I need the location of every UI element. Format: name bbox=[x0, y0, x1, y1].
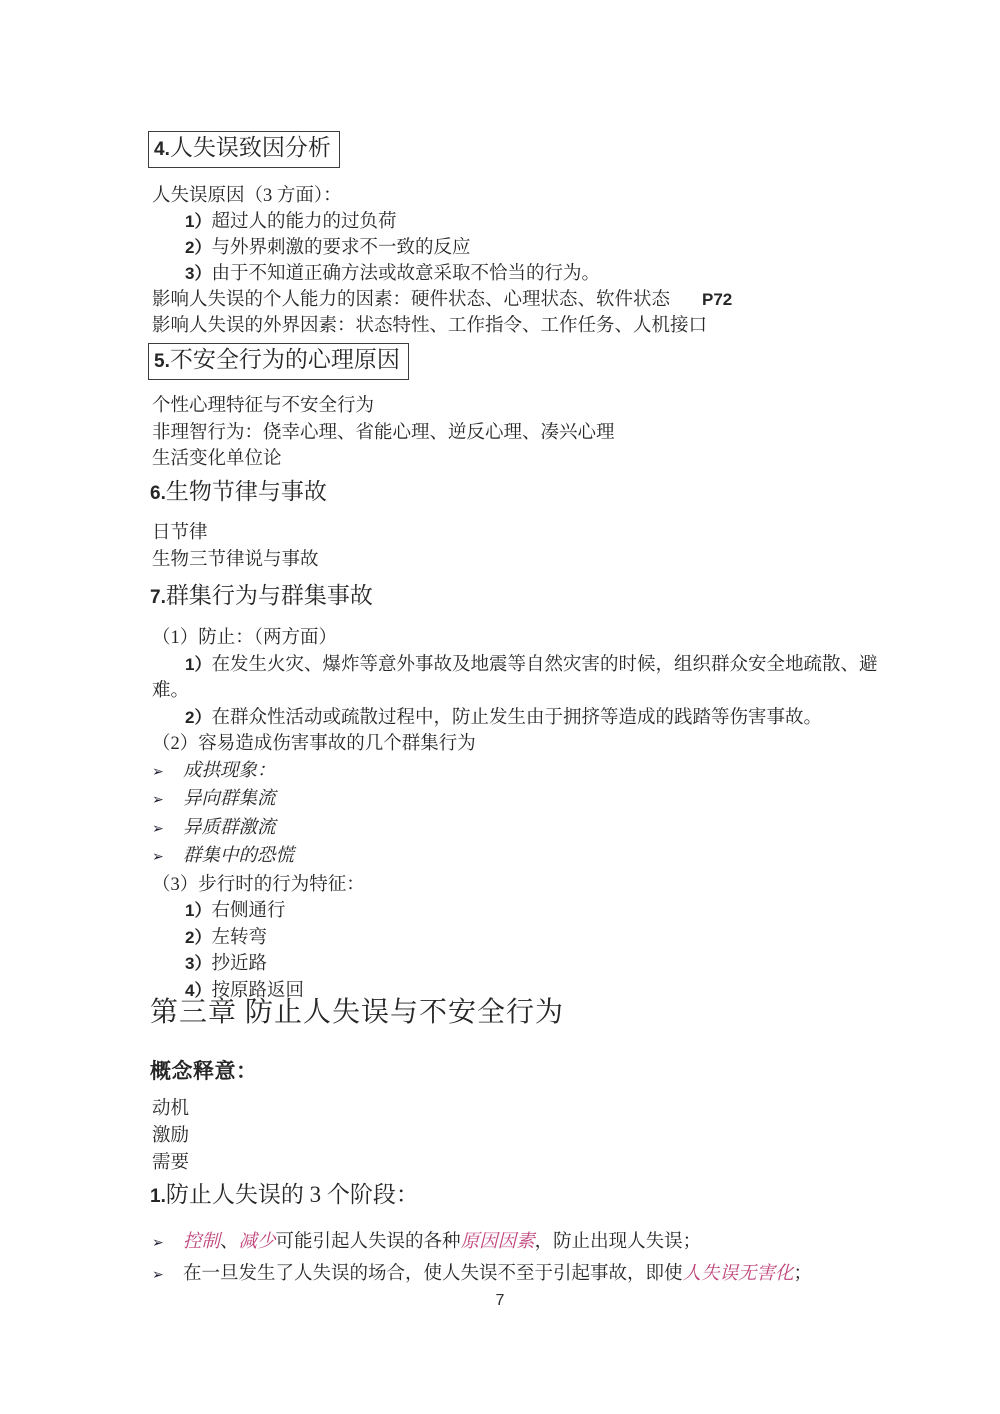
section-6-title: 生物节律与事故 bbox=[166, 479, 327, 504]
stage-title: 防止人失误的 3 个阶段： bbox=[166, 1182, 419, 1207]
term: 动机 bbox=[152, 1096, 942, 1123]
arrow-bullet-icon: ➢ bbox=[152, 788, 183, 815]
paragraph: 生物三节律说与事故 bbox=[152, 547, 942, 574]
section-6-heading: 6.生物节律与事故 bbox=[150, 478, 327, 508]
section-7-number: 7. bbox=[150, 587, 166, 608]
list-item: 1）右侧通行 bbox=[152, 898, 942, 925]
bullet-item: ➢异质群激流 bbox=[152, 815, 942, 844]
page-number: 7 bbox=[0, 1292, 1000, 1310]
bullet-item: ➢群集中的恐慌 bbox=[152, 843, 942, 872]
bullet-item: ➢ 在一旦发生了人失误的场合，使人失误不至于引起事故，即使人失误无害化； bbox=[152, 1259, 942, 1291]
document-page: 4.人失误致因分析 人失误原因（3 方面）： 1）超过人的能力的过负荷 2）与外… bbox=[0, 0, 1000, 1414]
arrow-bullet-icon: ➢ bbox=[152, 1261, 183, 1291]
paragraph-factors-external: 影响人失误的外界因素：状态特性、工作指令、工作任务、人机接口 bbox=[152, 313, 942, 339]
section-5-number: 5. bbox=[154, 351, 170, 372]
stage-heading: 1.防止人失误的 3 个阶段： bbox=[150, 1181, 419, 1211]
paragraph: 生活变化单位论 bbox=[152, 446, 942, 473]
section-4-title: 人失误致因分析 bbox=[170, 135, 331, 160]
paragraph-intro: 人失误原因（3 方面）： bbox=[152, 183, 942, 209]
bullet-text: 在一旦发生了人失误的场合，使人失误不至于引起事故，即使人失误无害化； bbox=[183, 1259, 812, 1289]
part-3-label: （3）步行时的行为特征： bbox=[152, 872, 942, 899]
part-2-label: （2）容易造成伤害事故的几个群集行为 bbox=[152, 731, 942, 758]
section-5-body: 个性心理特征与不安全行为 非理智行为：侥幸心理、省能心理、逆反心理、凑兴心理 生… bbox=[152, 393, 942, 473]
paragraph: 个性心理特征与不安全行为 bbox=[152, 393, 942, 420]
list-item: 1）在发生火灾、爆炸等意外事故及地震等自然灾害的时候，组织群众安全地疏散、避 bbox=[152, 652, 942, 679]
arrow-bullet-icon: ➢ bbox=[152, 817, 183, 844]
section-4-body: 人失误原因（3 方面）： 1）超过人的能力的过负荷 2）与外界刺激的要求不一致的… bbox=[152, 183, 942, 339]
paragraph: 非理智行为：侥幸心理、省能心理、逆反心理、凑兴心理 bbox=[152, 420, 942, 447]
bullet-text: 控制、减少可能引起人失误的各种原因因素，防止出现人失误； bbox=[183, 1227, 701, 1257]
list-item: 2）与外界刺激的要求不一致的反应 bbox=[152, 235, 942, 261]
term: 激励 bbox=[152, 1123, 942, 1150]
list-item: 2）左转弯 bbox=[152, 925, 942, 952]
section-7-heading: 7.群集行为与群集事故 bbox=[150, 582, 373, 612]
list-item-continuation: 难。 bbox=[152, 678, 942, 705]
concepts-heading: 概念释意： bbox=[150, 1058, 258, 1084]
section-7-title: 群集行为与群集事故 bbox=[166, 583, 373, 608]
bullet-item: ➢异向群集流 bbox=[152, 786, 942, 815]
list-item: 3）由于不知道正确方法或故意采取不恰当的行为。 bbox=[152, 261, 942, 287]
list-item: 2）在群众性活动或疏散过程中，防止发生由于拥挤等造成的践踏等伤害事故。 bbox=[152, 705, 942, 732]
arrow-bullet-icon: ➢ bbox=[152, 1229, 183, 1259]
section-6-number: 6. bbox=[150, 483, 166, 504]
section-4-number: 4. bbox=[154, 139, 170, 160]
bullet-item: ➢ 控制、减少可能引起人失误的各种原因因素，防止出现人失误； bbox=[152, 1227, 942, 1259]
section-7-body: （1）防止：（两方面） 1）在发生火灾、爆炸等意外事故及地震等自然灾害的时候，组… bbox=[152, 625, 942, 1004]
concept-terms: 动机 激励 需要 bbox=[152, 1096, 942, 1177]
list-item: 1）超过人的能力的过负荷 bbox=[152, 209, 942, 235]
term: 需要 bbox=[152, 1150, 942, 1177]
list-item: 3）抄近路 bbox=[152, 951, 942, 978]
part-1-label: （1）防止：（两方面） bbox=[152, 625, 942, 652]
page-reference: P72 bbox=[702, 290, 732, 309]
section-5-heading: 5.不安全行为的心理原因 bbox=[148, 343, 409, 380]
paragraph: 日节律 bbox=[152, 520, 942, 547]
stage-bullets: ➢ 控制、减少可能引起人失误的各种原因因素，防止出现人失误； ➢ 在一旦发生了人… bbox=[152, 1227, 942, 1291]
stage-number: 1. bbox=[150, 1186, 166, 1207]
section-4-heading: 4.人失误致因分析 bbox=[148, 131, 340, 168]
paragraph-factors-personal: 影响人失误的个人能力的因素：硬件状态、心理状态、软件状态P72 bbox=[152, 287, 942, 313]
section-6-body: 日节律 生物三节律说与事故 bbox=[152, 520, 942, 574]
arrow-bullet-icon: ➢ bbox=[152, 760, 183, 787]
bullet-item: ➢成拱现象： bbox=[152, 758, 942, 787]
section-5-title: 不安全行为的心理原因 bbox=[170, 347, 400, 372]
arrow-bullet-icon: ➢ bbox=[152, 845, 183, 872]
chapter-3-heading: 第三章 防止人失误与不安全行为 bbox=[150, 996, 564, 1030]
